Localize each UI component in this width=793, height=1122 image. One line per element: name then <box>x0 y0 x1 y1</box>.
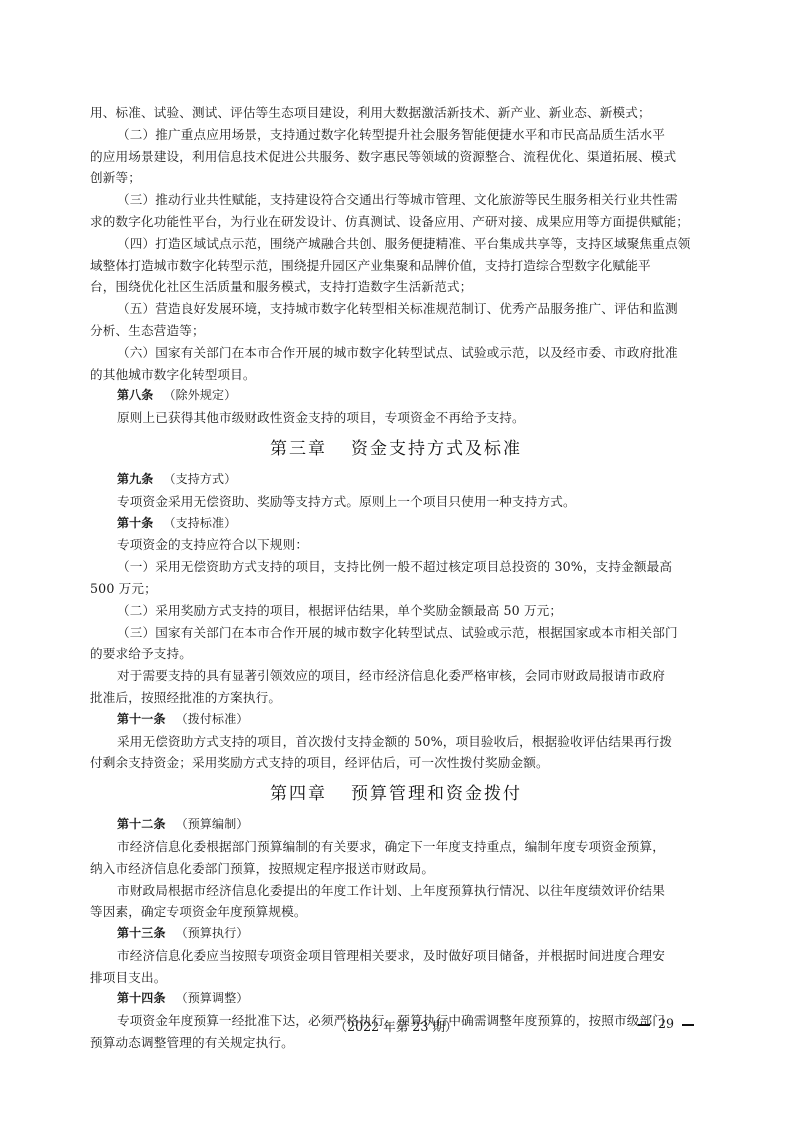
paragraph-line: 创新等； <box>90 167 702 189</box>
article-title: （预算编制） <box>176 817 249 831</box>
chapter-number: 第四章 <box>270 784 327 804</box>
chapter-title: 资金支持方式及标准 <box>351 439 522 459</box>
paragraph-line: （三）国家有关部门在本市合作开展的城市数字化转型试点、试验或示范，根据国家或本市… <box>90 622 702 644</box>
paragraph-line: 专项资金采用无偿资助、奖励等支持方式。原则上一个项目只使用一种支持方式。 <box>90 491 702 513</box>
article-title: （除外规定） <box>163 388 236 402</box>
paragraph-line: 等因素，确定专项资金年度预算规模。 <box>90 901 702 923</box>
article-number: 第八条 <box>117 388 153 402</box>
paragraph-line: 对于需要支持的具有显著引领效应的项目，经市经济信息化委严格审核，会同市财政局报请… <box>90 665 702 687</box>
paragraph-line: 500 万元； <box>90 578 702 600</box>
paragraph-line: （二）采用奖励方式支持的项目，根据评估结果，单个奖励金额最高 50 万元； <box>90 600 702 622</box>
paragraph-line: 排项目支出。 <box>90 967 702 989</box>
paragraph-line: 专项资金的支持应符合以下规则： <box>90 534 702 556</box>
article-title: （支持方式） <box>163 472 236 486</box>
article-heading: 第十条（支持标准） <box>90 513 702 535</box>
paragraph-line: （五）营造良好发展环境，支持城市数字化转型相关标准规范制订、优秀产品服务推广、评… <box>90 298 702 320</box>
article-title: （支持标准） <box>163 516 236 530</box>
article-number: 第十一条 <box>117 712 166 726</box>
dash-left <box>638 1024 650 1026</box>
article-heading: 第十三条（预算执行） <box>90 923 702 945</box>
article-title: （拨付标准） <box>176 712 249 726</box>
article-number: 第十三条 <box>117 926 166 940</box>
paragraph-line: 原则上已获得其他市级财政性资金支持的项目，专项资金不再给予支持。 <box>90 407 702 429</box>
article-number: 第十四条 <box>117 991 166 1005</box>
article-title: （预算调整） <box>176 991 249 1005</box>
article-heading: 第十四条（预算调整） <box>90 988 702 1010</box>
paragraph-line: 采用无偿资助方式支持的项目，首次拨付支持金额的 50%，项目验收后，根据验收评估… <box>90 731 702 753</box>
paragraph-line: 台，围绕优化社区生活质量和服务模式，支持打造数字生活新范式； <box>90 276 702 298</box>
paragraph-line: 付剩余支持资金；采用奖励方式支持的项目，经评估后，可一次性拨付奖励金额。 <box>90 752 702 774</box>
paragraph-line: （二）推广重点应用场景，支持通过数字化转型提升社会服务智能便捷水平和市民高品质生… <box>90 124 702 146</box>
article-number: 第十条 <box>117 516 153 530</box>
paragraph-line: （一）采用无偿资助方式支持的项目，支持比例一般不超过核定项目总投资的 30%，支… <box>90 556 702 578</box>
paragraph-line: 域整体打造城市数字化转型示范，围绕提升园区产业集聚和品牌价值，支持打造综合型数字… <box>90 255 702 277</box>
paragraph-line: 纳入市经济信息化委部门预算，按照规定程序报送市财政局。 <box>90 858 702 880</box>
paragraph-line: 用、标准、试验、测试、评估等生态项目建设，利用大数据激活新技术、新产业、新业态、… <box>90 102 702 124</box>
page-number-text: 29 <box>658 1016 674 1031</box>
dash-right <box>682 1024 694 1026</box>
document-body: 用、标准、试验、测试、评估等生态项目建设，利用大数据激活新技术、新产业、新业态、… <box>90 102 702 1054</box>
issue-label: （2022 年第 23 期） <box>90 1016 702 1035</box>
paragraph-line: 的应用场景建设，利用信息技术促进公共服务、数字惠民等领域的资源整合、流程优化、渠… <box>90 146 702 168</box>
chapter-heading: 第四章预算管理和资金拨付 <box>90 774 702 814</box>
page-number: 29 <box>630 1016 702 1031</box>
article-title: （预算执行） <box>176 926 249 940</box>
paragraph-line: 的要求给予支持。 <box>90 643 702 665</box>
chapter-heading: 第三章资金支持方式及标准 <box>90 429 702 469</box>
paragraph-line: （六）国家有关部门在本市合作开展的城市数字化转型试点、试验或示范，以及经市委、市… <box>90 342 702 364</box>
paragraph-line: 市经济信息化委根据部门预算编制的有关要求，确定下一年度支持重点，编制年度专项资金… <box>90 836 702 858</box>
paragraph-line: 市财政局根据市经济信息化委提出的年度工作计划、上年度预算执行情况、以往年度绩效评… <box>90 880 702 902</box>
article-heading: 第九条（支持方式） <box>90 469 702 491</box>
paragraph-line: 的其他城市数字化转型项目。 <box>90 364 702 386</box>
paragraph-line: （三）推动行业共性赋能，支持建设符合交通出行等城市管理、文化旅游等民生服务相关行… <box>90 189 702 211</box>
article-heading: 第十一条（拨付标准） <box>90 709 702 731</box>
article-heading: 第八条（除外规定） <box>90 385 702 407</box>
page-footer: （2022 年第 23 期） 29 <box>90 1016 702 1038</box>
paragraph-line: 市经济信息化委应当按照专项资金项目管理相关要求，及时做好项目储备，并根据时间进度… <box>90 945 702 967</box>
paragraph-line: （四）打造区域试点示范，围绕产城融合共创、服务便捷精准、平台集成共享等，支持区域… <box>90 233 702 255</box>
article-heading: 第十二条（预算编制） <box>90 814 702 836</box>
paragraph-line: 批准后，按照经批准的方案执行。 <box>90 687 702 709</box>
article-number: 第九条 <box>117 472 153 486</box>
paragraph-line: 分析、生态营造等； <box>90 320 702 342</box>
article-number: 第十二条 <box>117 817 166 831</box>
chapter-number: 第三章 <box>270 439 327 459</box>
paragraph-line: 求的数字化功能性平台，为行业在研发设计、仿真测试、设备应用、产研对接、成果应用等… <box>90 211 702 233</box>
chapter-title: 预算管理和资金拨付 <box>351 784 522 804</box>
